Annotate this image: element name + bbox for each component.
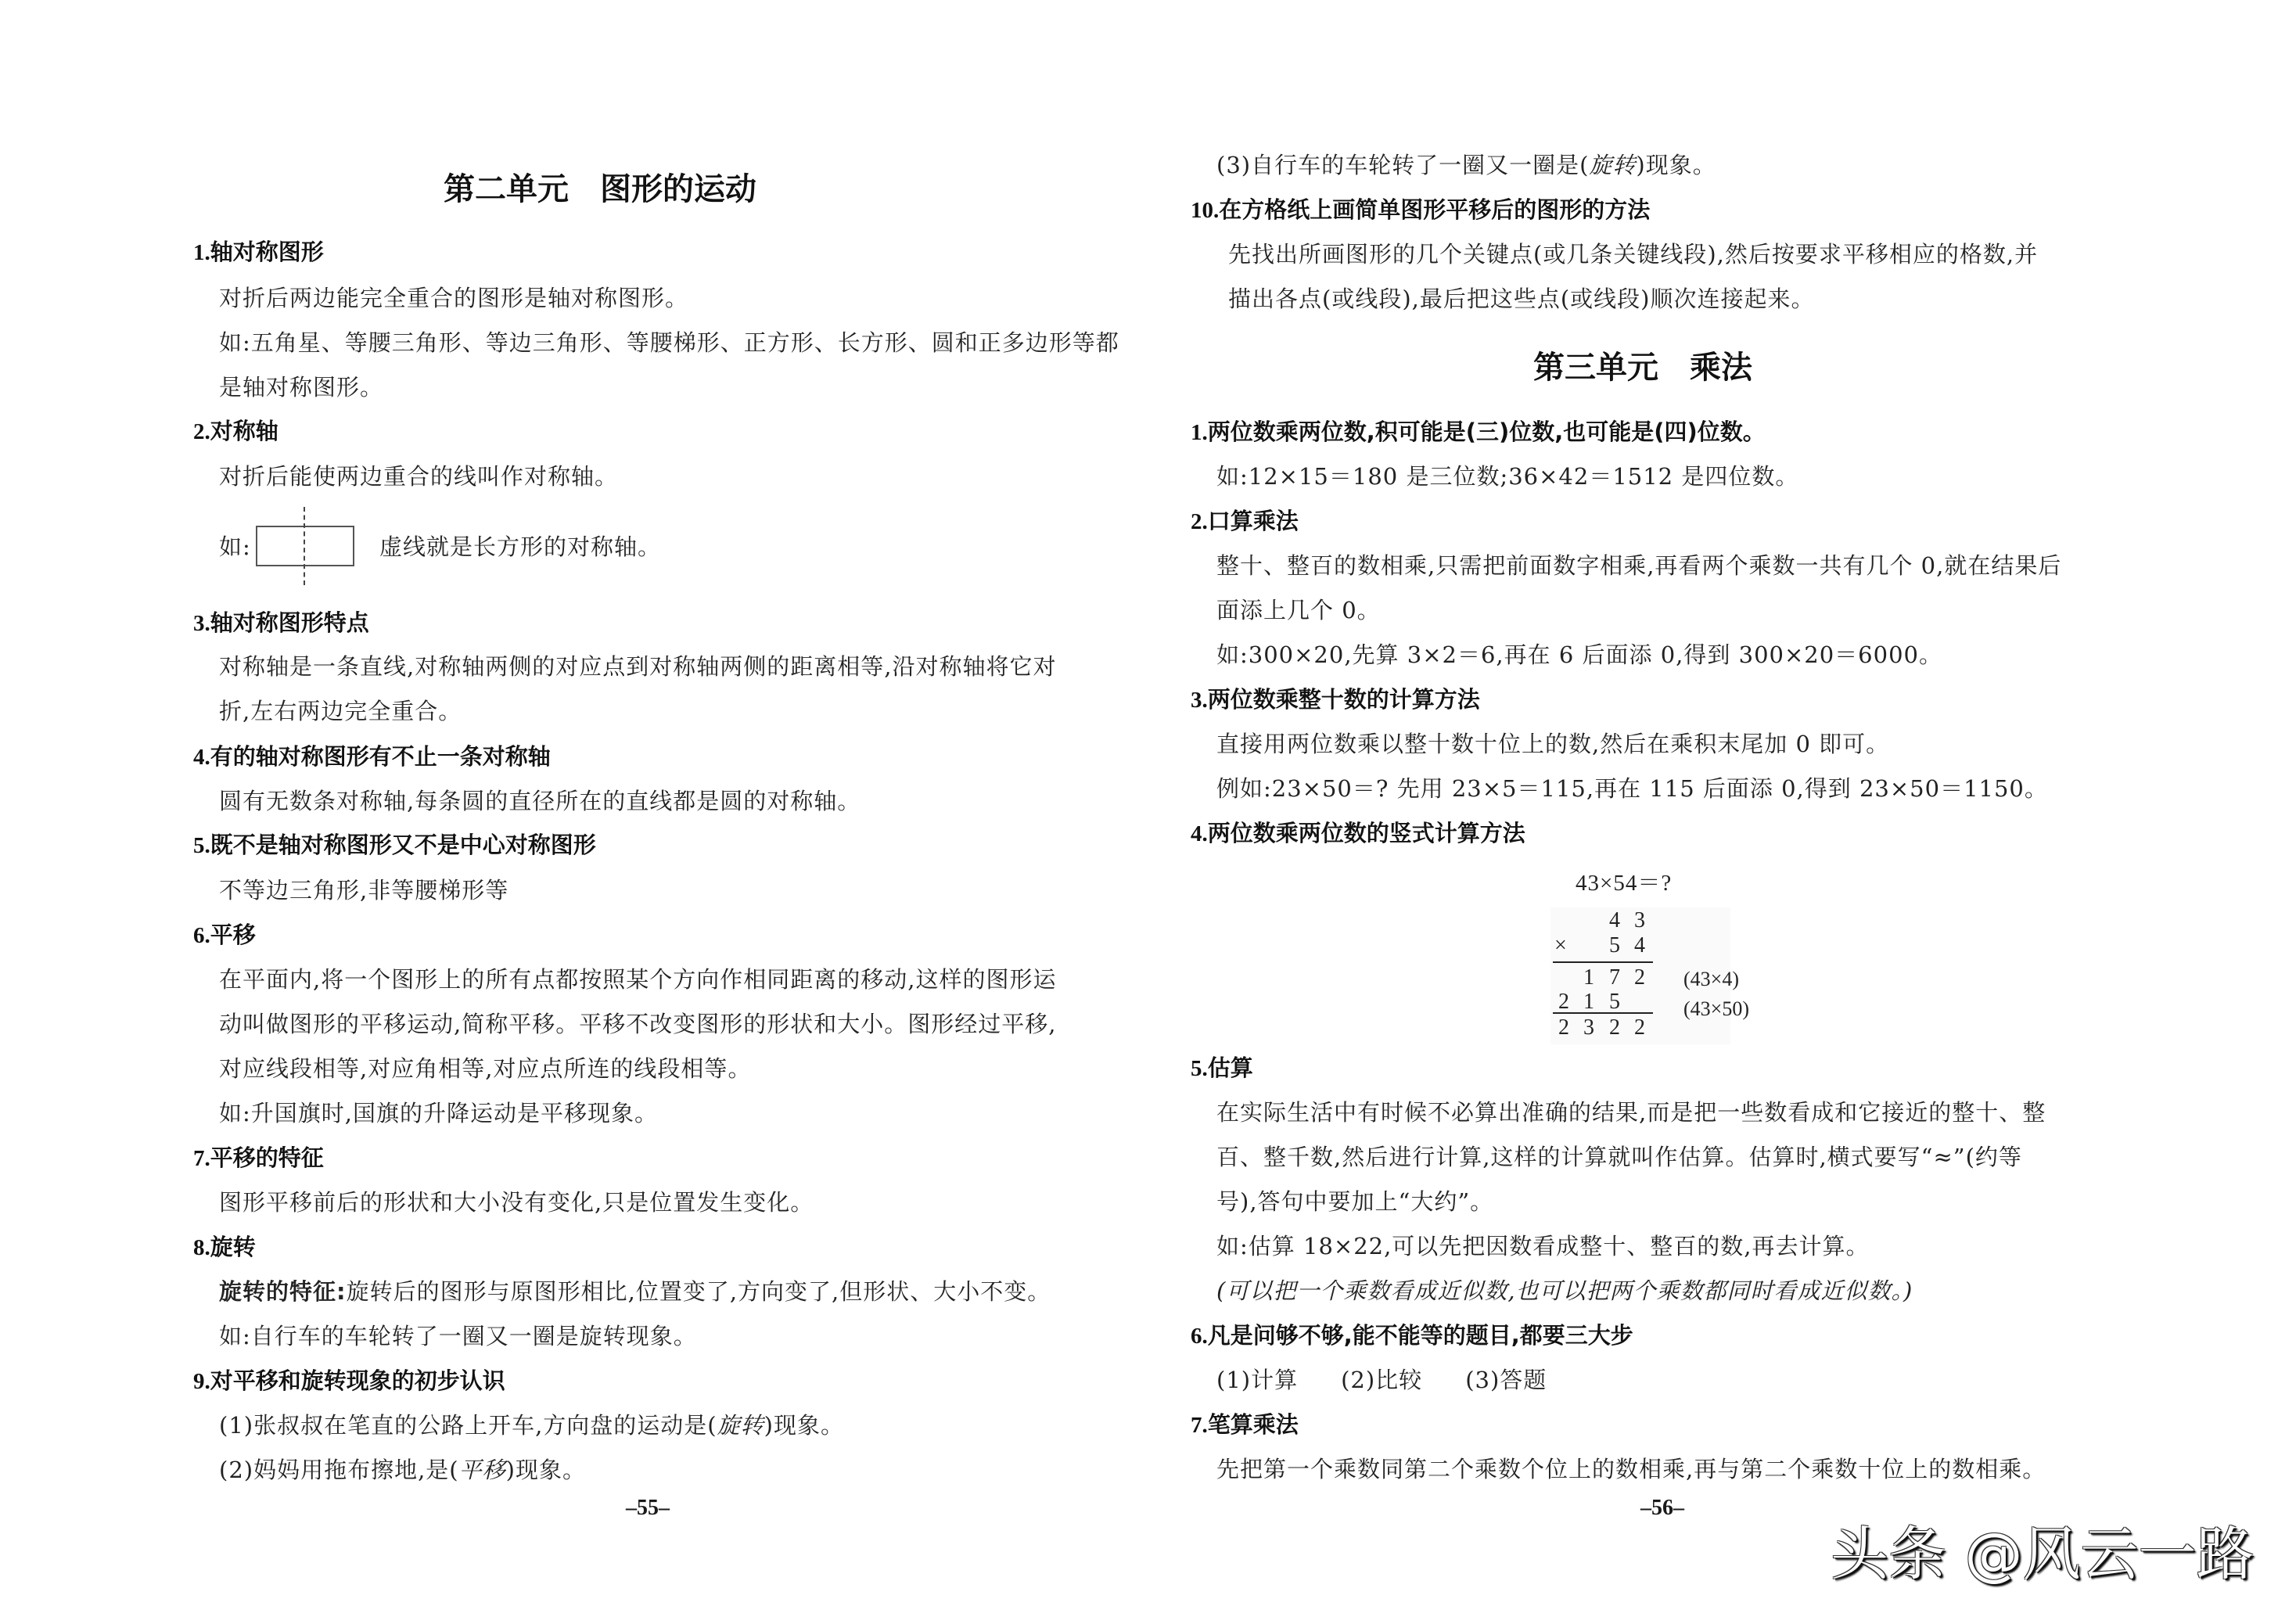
body-line: 例如:23×50＝? 先用 23×5＝115,再在 115 后面添 0,得到 2… [1216, 778, 2048, 800]
sub-item-text: )现象。 [1636, 152, 1716, 178]
multiply-sign: × [1554, 935, 1567, 957]
section-heading: 9.对平移和旋转现象的初步认识 [193, 1370, 505, 1393]
sub-item: (2)妈妈用拖布擦地,是(平移)现象。 [219, 1459, 586, 1482]
sub-item: (1)张叔叔在笔直的公路上开车,方向盘的运动是(旋转)现象。 [219, 1414, 844, 1437]
sub-item-text: (2)妈妈用拖布擦地,是( [219, 1457, 459, 1483]
section-number: 6. [193, 923, 210, 948]
section-heading: 4.两位数乘两位数的竖式计算方法 [1191, 822, 1525, 846]
body-line: 如:估算 18×22,可以先把因数看成整十、整百的数,再去计算。 [1216, 1235, 1870, 1258]
feature-label: 旋转的特征: [219, 1278, 347, 1305]
body-line: 百、整千数,然后进行计算,这样的计算就叫作估算。估算时,横式要写“≈”(约等 [1216, 1146, 2022, 1169]
section-number: 7. [1191, 1413, 1208, 1438]
example-caption: 虚线就是长方形的对称轴。 [379, 536, 661, 559]
body-line: 如:五角星、等腰三角形、等边三角形、等腰梯形、正方形、长方形、圆和正多边形等都 [219, 332, 1119, 354]
sub-item-text: )现象。 [764, 1412, 844, 1439]
watermark: 头条 @风云一路 [1831, 1525, 2255, 1583]
section-number: 4. [1191, 821, 1208, 846]
body-line: 对应线段相等,对应角相等,对应点所连的线段相等。 [219, 1058, 751, 1080]
page-number: –55– [626, 1497, 670, 1519]
sub-item-text: (3)自行车的车轮转了一圈又一圈是( [1216, 152, 1589, 178]
body-line: 如:12×15＝180 是三位数;36×42＝1512 是四位数。 [1216, 465, 1798, 488]
body-line: 不等边三角形,非等腰梯形等 [219, 879, 508, 902]
section-number: 3. [1191, 688, 1208, 713]
section-number: 10. [1191, 198, 1219, 223]
body-line: 圆有无数条对称轴,每条圆的直径所在的直线都是圆的对称轴。 [219, 790, 861, 813]
section-heading: 6.凡是问够不够,能不能等的题目,都要三大步 [1191, 1324, 1633, 1348]
section-heading: 6.平移 [193, 924, 256, 947]
body-line: 图形平移前后的形状和大小没有变化,只是位置发生变化。 [219, 1191, 814, 1214]
body-line: 面添上几个 0。 [1216, 599, 1381, 622]
section-number: 2. [193, 419, 210, 444]
calc-digit: 2 [1609, 1017, 1620, 1039]
unit-title: 第三单元 乘法 [1533, 352, 1752, 383]
section-heading: 1.两位数乘两位数,积可能是(三)位数,也可能是(四)位数。 [1191, 421, 1766, 444]
page-number: –56– [1640, 1497, 1684, 1519]
step-item: (3)答题 [1465, 1367, 1547, 1393]
section-title: 平移的特征 [210, 1144, 324, 1171]
calc-rule [1553, 1012, 1653, 1014]
body-line: 号),答句中要加上“大约”。 [1216, 1191, 1493, 1213]
body-line: 如:300×20,先算 3×2＝6,再在 6 后面添 0,得到 300×20＝6… [1216, 644, 1942, 666]
rectangle-figure [256, 526, 354, 566]
sub-item-text: )现象。 [506, 1457, 586, 1483]
equation: 43×54＝? [1576, 872, 1672, 895]
note-line: (可以把一个乘数看成近似数,也可以把两个乘数都同时看成近似数。) [1216, 1280, 1913, 1302]
body-line: 在平面内,将一个图形上的所有点都按照某个方向作相同距离的移动,这样的图形运 [219, 968, 1056, 991]
calc-digit: 2 [1558, 1017, 1569, 1039]
body-line: 先把第一个乘数同第二个乘数个位上的数相乘,再与第二个乘数十位上的数相乘。 [1216, 1458, 2046, 1481]
body-line: 对折后两边能完全重合的图形是轴对称图形。 [219, 287, 688, 310]
body-line: 整十、整百的数相乘,只需把前面数字相乘,再看两个乘数一共有几个 0,就在结果后 [1216, 555, 2061, 577]
body-line: 旋转的特征:旋转后的图形与原图形相比,位置变了,方向变了,但形状、大小不变。 [219, 1281, 1051, 1303]
section-number: 6. [1191, 1324, 1208, 1349]
step-item: (1)计算 [1216, 1367, 1298, 1393]
body-line: 对称轴是一条直线,对称轴两侧的对应点到对称轴两侧的距离相等,沿对称轴将它对 [219, 656, 1056, 678]
steps-line: (1)计算(2)比较(3)答题 [1216, 1369, 1547, 1392]
section-heading: 4.有的轴对称图形有不止一条对称轴 [193, 746, 551, 769]
section-title: 在方格纸上画简单图形平移后的图形的方法 [1219, 196, 1650, 223]
section-title: 笔算乘法 [1208, 1411, 1299, 1438]
section-heading: 7.平移的特征 [193, 1147, 324, 1170]
section-heading: 2.口算乘法 [1191, 510, 1299, 534]
calc-digit: 4 [1609, 910, 1620, 932]
calc-digit: 5 [1609, 935, 1620, 957]
section-heading: 3.两位数乘整十数的计算方法 [1191, 688, 1480, 712]
body-line: 折,左右两边完全重合。 [219, 700, 462, 723]
section-heading: 2.对称轴 [193, 420, 278, 444]
section-heading: 1.轴对称图形 [193, 241, 324, 264]
feature-text: 旋转后的图形与原图形相比,位置变了,方向变了,但形状、大小不变。 [347, 1278, 1051, 1305]
unit-title: 第二单元 图形的运动 [444, 174, 756, 205]
section-heading: 10.在方格纸上画简单图形平移后的图形的方法 [1191, 199, 1650, 222]
calc-digit: 1 [1583, 991, 1594, 1013]
sub-item: (3)自行车的车轮转了一圈又一圈是(旋转)现象。 [1216, 154, 1716, 177]
section-title: 对平移和旋转现象的初步认识 [210, 1367, 505, 1394]
calc-digit: 3 [1634, 910, 1645, 932]
answer-text: 旋转 [717, 1412, 764, 1439]
vertical-calculation: 4 3 × 5 4 1 7 2 (43×4) 2 1 5 (43×50) 2 3… [1550, 907, 1730, 1044]
calc-note: (43×50) [1683, 999, 1749, 1019]
section-number: 9. [193, 1369, 210, 1394]
section-number: 5. [1191, 1056, 1208, 1081]
symmetry-axis-dashed-line [304, 507, 305, 585]
body-line: 先找出所画图形的几个关键点(或几条关键线段),然后按要求平移相应的格数,并 [1228, 243, 2038, 266]
section-number: 1. [193, 240, 210, 265]
answer-text: 旋转 [1589, 152, 1636, 178]
calc-digit: 5 [1609, 991, 1620, 1013]
right-page: (3)自行车的车轮转了一圈又一圈是(旋转)现象。 10.在方格纸上画简单图形平移… [1148, 0, 2296, 1624]
body-line: 是轴对称图形。 [219, 376, 383, 399]
body-line: 对折后能使两边重合的线叫作对称轴。 [219, 465, 618, 488]
body-line: 如:升国旗时,国旗的升降运动是平移现象。 [219, 1102, 658, 1125]
section-title: 既不是轴对称图形又不是中心对称图形 [210, 832, 596, 858]
section-heading: 8.旋转 [193, 1236, 256, 1259]
left-page: 第二单元 图形的运动 1.轴对称图形 对折后两边能完全重合的图形是轴对称图形。 … [0, 0, 1148, 1624]
calc-digit: 2 [1634, 1017, 1645, 1039]
section-number: 1. [1191, 420, 1208, 445]
section-title: 口算乘法 [1208, 508, 1299, 534]
calc-digit: 2 [1634, 967, 1645, 989]
calc-digit: 4 [1634, 935, 1645, 957]
body-line: 动叫做图形的平移运动,简称平移。平移不改变图形的形状和大小。图形经过平移, [219, 1013, 1056, 1036]
body-line: 描出各点(或线段),最后把这些点(或线段)顺次连接起来。 [1228, 288, 1814, 311]
section-number: 3. [193, 611, 210, 636]
section-title: 有的轴对称图形有不止一条对称轴 [210, 743, 551, 770]
calc-digit: 3 [1583, 1017, 1594, 1039]
section-title: 凡是问够不够,能不能等的题目,都要三大步 [1208, 1322, 1633, 1349]
example-prefix: 如: [219, 536, 251, 559]
section-title: 轴对称图形特点 [210, 609, 369, 636]
section-title: 两位数乘整十数的计算方法 [1208, 686, 1480, 713]
section-heading: 5.既不是轴对称图形又不是中心对称图形 [193, 834, 596, 857]
section-number: 2. [1191, 509, 1208, 534]
sub-item-text: (1)张叔叔在笔直的公路上开车,方向盘的运动是( [219, 1412, 717, 1439]
section-title: 对称轴 [210, 418, 278, 444]
section-title: 平移 [210, 922, 256, 948]
calc-digit: 7 [1609, 967, 1620, 989]
calc-digit: 2 [1558, 991, 1569, 1013]
section-title: 两位数乘两位数,积可能是(三)位数,也可能是(四)位数。 [1208, 419, 1766, 445]
section-heading: 7.笔算乘法 [1191, 1414, 1299, 1437]
body-line: 如:自行车的车轮转了一圈又一圈是旋转现象。 [219, 1325, 697, 1348]
section-title: 旋转 [210, 1234, 256, 1260]
section-number: 4. [193, 745, 210, 770]
section-heading: 5.估算 [1191, 1057, 1253, 1080]
step-item: (2)比较 [1341, 1367, 1422, 1393]
section-number: 8. [193, 1235, 210, 1260]
calc-note: (43×4) [1683, 969, 1739, 990]
body-line: 在实际生活中有时候不必算出准确的结果,而是把一些数看成和它接近的整十、整 [1216, 1101, 2046, 1124]
section-heading: 3.轴对称图形特点 [193, 612, 369, 635]
section-title: 两位数乘两位数的竖式计算方法 [1208, 820, 1525, 846]
calc-rule [1553, 961, 1653, 963]
section-title: 轴对称图形 [210, 239, 324, 265]
calc-digit: 1 [1583, 967, 1594, 989]
section-number: 5. [193, 833, 210, 858]
section-number: 7. [193, 1146, 210, 1171]
answer-text: 平移 [459, 1457, 506, 1483]
body-line: 直接用两位数乘以整十数十位上的数,然后在乘积末尾加 0 即可。 [1216, 733, 1889, 756]
section-title: 估算 [1208, 1055, 1253, 1081]
